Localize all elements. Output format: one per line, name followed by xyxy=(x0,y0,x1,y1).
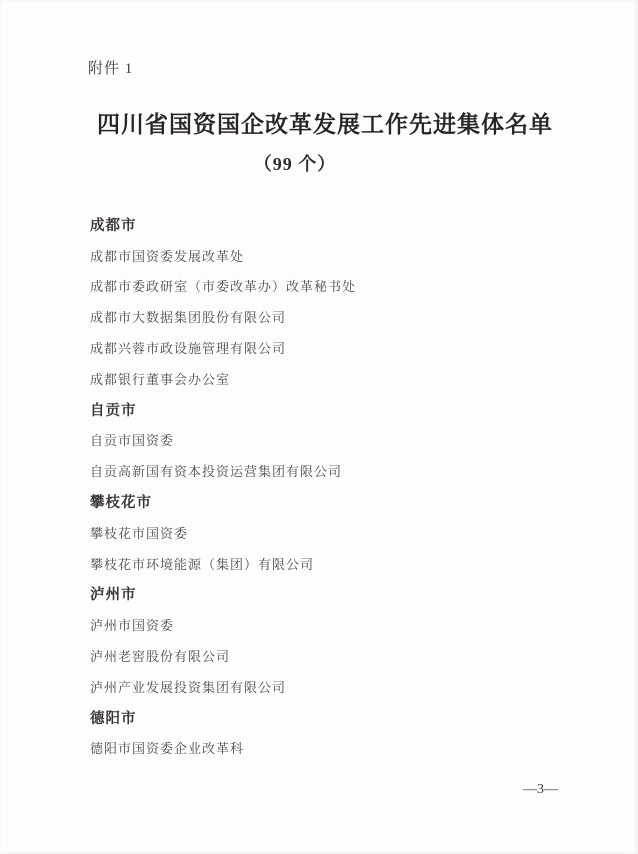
document-title: 四川省国资国企改革发展工作先进集体名单 xyxy=(0,106,638,139)
award-list: 成都市 成都市国资委发展改革处 成都市委政研室（市委改革办）改革秘书处 成都市大… xyxy=(90,209,598,763)
scanned-document-page: 附件 1 四川省国资国企改革发展工作先进集体名单 （99 个） 成都市 成都市国… xyxy=(0,0,638,854)
list-entry: 泸州产业发展投资集团有限公司 xyxy=(90,671,598,702)
list-entry: 泸州市国资委 xyxy=(90,609,598,640)
list-entry: 泸州老窖股份有限公司 xyxy=(90,640,598,671)
city-heading-luzhou: 泸州市 xyxy=(90,579,598,610)
list-entry: 自贡市国资委 xyxy=(90,425,598,456)
city-heading-deyang: 德阳市 xyxy=(90,702,598,733)
list-entry: 自贡高新国有资本投资运营集团有限公司 xyxy=(90,455,598,486)
list-entry: 成都兴蓉市政设施管理有限公司 xyxy=(90,332,598,363)
list-entry: 成都市大数据集团股份有限公司 xyxy=(90,301,598,332)
list-entry: 成都市委政研室（市委改革办）改革秘书处 xyxy=(90,271,598,302)
page-number: —3— xyxy=(523,782,558,798)
document-subtitle-count: （99 个） xyxy=(0,150,614,176)
list-entry: 攀枝花市环境能源（集团）有限公司 xyxy=(90,548,598,579)
list-entry: 德阳市国资委企业改革科 xyxy=(90,733,598,764)
list-entry: 成都银行董事会办公室 xyxy=(90,363,598,394)
list-entry: 成都市国资委发展改革处 xyxy=(90,240,598,271)
city-heading-panzhihua: 攀枝花市 xyxy=(90,486,598,517)
list-entry: 攀枝花市国资委 xyxy=(90,517,598,548)
attachment-label: 附件 1 xyxy=(88,57,133,78)
city-heading-zigong: 自贡市 xyxy=(90,394,598,425)
city-heading-chengdu: 成都市 xyxy=(90,209,598,240)
